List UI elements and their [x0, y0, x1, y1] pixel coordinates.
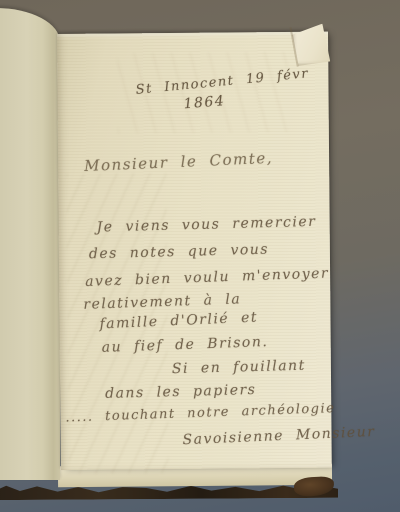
letter-body-line: Si en fouillant — [172, 358, 306, 377]
handwritten-letter-page: St Innocent 19 févr 1864 Monsieur le Com… — [57, 32, 332, 470]
letter-body-line: des notes que vous — [89, 242, 269, 263]
book-flyleaf-page — [0, 8, 60, 480]
letter-dateline-year: 1864 — [183, 93, 226, 112]
letter-salutation: Monsieur le Comte, — [84, 149, 273, 175]
photograph-of-letter-in-book: St Innocent 19 févr 1864 Monsieur le Com… — [0, 0, 400, 512]
letter-body-line: dans les papiers — [105, 382, 257, 402]
